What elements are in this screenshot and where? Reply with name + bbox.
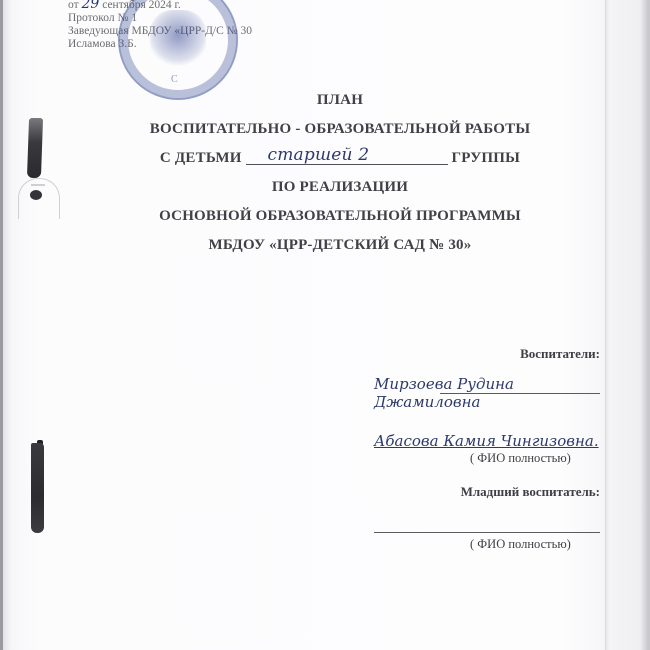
approval-date-day: 29 <box>82 0 100 12</box>
binder-clip-top-end <box>30 190 42 200</box>
title-group-suffix: ГРУППЫ <box>451 150 520 166</box>
title-implementation: ПО РЕАЛИЗАЦИИ <box>90 173 590 202</box>
educators-caption: ( ФИО полностью) <box>470 451 571 466</box>
educator1-signature-line1: Мирзоева Рудина <box>374 375 514 393</box>
binder-clip-top-icon <box>27 118 43 178</box>
page-right-edge <box>605 0 606 650</box>
junior-educator-signature-line <box>374 532 600 533</box>
approval-date-prefix: от <box>68 0 79 11</box>
title-work-type: ВОСПИТАТЕЛЬНО - ОБРАЗОВАТЕЛЬНОЙ РАБОТЫ <box>90 115 590 144</box>
title-institution: МБДОУ «ЦРР-ДЕТСКИЙ САД № 30» <box>90 231 590 260</box>
educator2-signature: Абасова Камия Чингизовна. <box>374 432 599 450</box>
title-group-line: С ДЕТЬМИ старшей 2 ГРУППЫ <box>90 144 590 173</box>
educator1-signature-line2: Джамиловна <box>374 393 480 411</box>
title-plan: ПЛАН <box>90 86 590 115</box>
stamp-emblem-icon <box>150 10 206 66</box>
binder-clip-band <box>31 184 45 186</box>
title-program: ОСНОВНОЙ ОБРАЗОВАТЕЛЬНОЙ ПРОГРАММЫ <box>90 202 590 231</box>
document-title: ПЛАН ВОСПИТАТЕЛЬНО - ОБРАЗОВАТЕЛЬНОЙ РАБ… <box>90 86 590 260</box>
group-field: старшей 2 <box>246 146 448 165</box>
title-group-prefix: С ДЕТЬМИ <box>160 150 242 166</box>
group-handwritten: старшей 2 <box>246 145 370 165</box>
junior-educator-label: Младший воспитатель: <box>400 484 600 500</box>
educators-label: Воспитатели: <box>440 346 600 362</box>
stamp-letter: С <box>171 74 178 85</box>
junior-educator-caption: ( ФИО полностью) <box>470 537 571 552</box>
page-left-edge <box>0 0 3 650</box>
binder-clip-bottom-icon <box>31 443 44 533</box>
